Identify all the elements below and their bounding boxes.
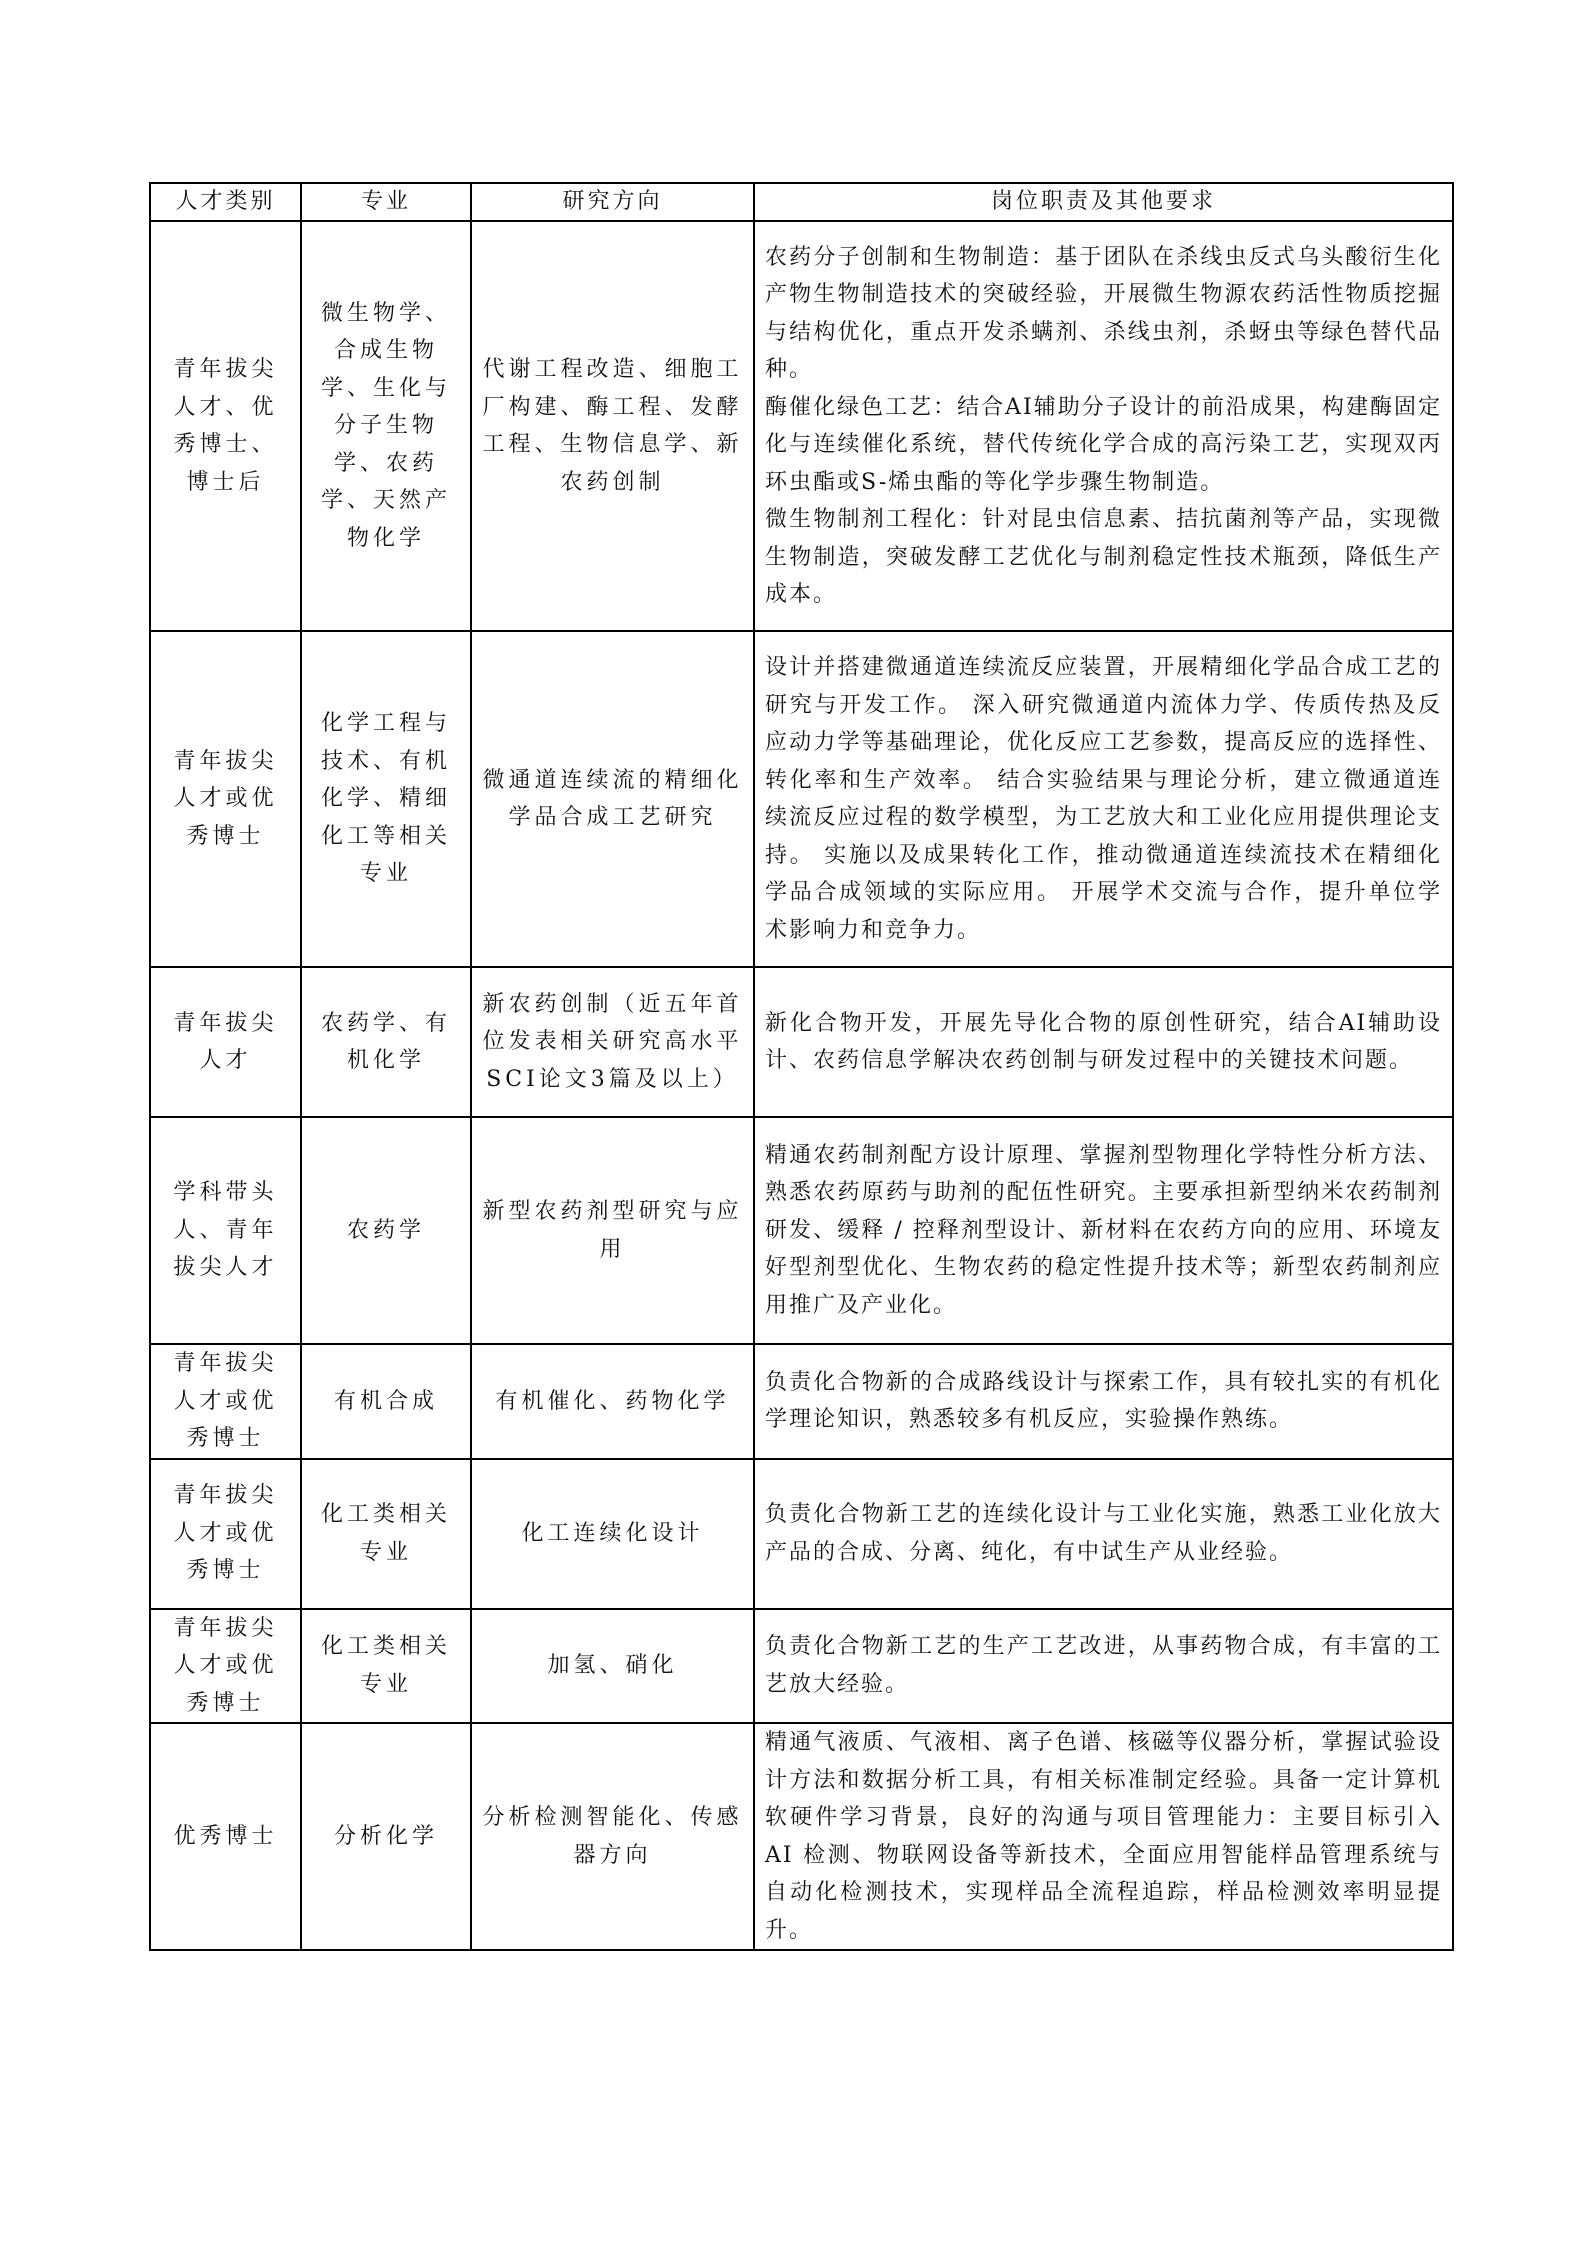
duty-paragraph: 酶催化绿色工艺：结合AI辅助分子设计的前沿成果，构建酶固定化与连续催化系统，替代… [765, 389, 1442, 502]
header-major: 专业 [301, 183, 471, 221]
cell-category: 青年拔尖人才或优秀博士 [150, 631, 301, 967]
cell-direction: 分析检测智能化、传感器方向 [471, 1723, 754, 1950]
duty-paragraph: 负责化合物新的合成路线设计与探索工作，具有较扎实的有机化学理论知识，熟悉较多有机… [765, 1364, 1442, 1439]
cell-major: 分析化学 [301, 1723, 471, 1950]
cell-direction: 化工连续化设计 [471, 1459, 754, 1609]
cell-duties: 农药分子创制和生物制造：基于团队在杀线虫反式乌头酸衍生化产物生物制造技术的突破经… [754, 221, 1453, 631]
cell-major: 化工类相关专业 [301, 1609, 471, 1724]
document-page: 人才类别 专业 研究方向 岗位职责及其他要求 青年拔尖人才、优秀博士、博士后 微… [0, 0, 1587, 2245]
cell-direction: 新型农药剂型研究与应用 [471, 1117, 754, 1344]
cell-category: 优秀博士 [150, 1723, 301, 1950]
cell-major: 微生物学、合成生物学、生化与分子生物学、农药学、天然产物化学 [301, 221, 471, 631]
duty-paragraph: 负责化合物新工艺的生产工艺改进，从事药物合成，有丰富的工艺放大经验。 [765, 1628, 1442, 1703]
cell-category: 青年拔尖人才或优秀博士 [150, 1344, 301, 1459]
duty-paragraph: 精通农药制剂配方设计原理、掌握剂型物理化学特性分析方法、熟悉农药原药与助剂的配伍… [765, 1137, 1442, 1325]
cell-category: 学科带头人、青年拔尖人才 [150, 1117, 301, 1344]
table-row: 青年拔尖人才或优秀博士 化工类相关专业 加氢、硝化 负责化合物新工艺的生产工艺改… [150, 1609, 1453, 1724]
duty-paragraph: 负责化合物新工艺的连续化设计与工业化实施，熟悉工业化放大产品的合成、分离、纯化，… [765, 1496, 1442, 1571]
duty-paragraph: 农药分子创制和生物制造：基于团队在杀线虫反式乌头酸衍生化产物生物制造技术的突破经… [765, 239, 1442, 389]
table-row: 青年拔尖人才或优秀博士 有机合成 有机催化、药物化学 负责化合物新的合成路线设计… [150, 1344, 1453, 1459]
recruitment-table: 人才类别 专业 研究方向 岗位职责及其他要求 青年拔尖人才、优秀博士、博士后 微… [149, 182, 1454, 1951]
cell-direction: 加氢、硝化 [471, 1609, 754, 1724]
cell-duties: 设计并搭建微通道连续流反应装置，开展精细化学品合成工艺的研究与开发工作。 深入研… [754, 631, 1453, 967]
cell-category: 青年拔尖人才 [150, 967, 301, 1117]
duty-paragraph: 设计并搭建微通道连续流反应装置，开展精细化学品合成工艺的研究与开发工作。 深入研… [765, 649, 1442, 949]
cell-duties: 精通气液质、气液相、离子色谱、核磁等仪器分析，掌握试验设计方法和数据分析工具，有… [754, 1723, 1453, 1950]
cell-direction: 微通道连续流的精细化学品合成工艺研究 [471, 631, 754, 967]
cell-direction: 新农药创制（近五年首位发表相关研究高水平SCI论文3篇及以上） [471, 967, 754, 1117]
cell-major: 化工类相关专业 [301, 1459, 471, 1609]
cell-major: 化学工程与技术、有机化学、精细化工等相关专业 [301, 631, 471, 967]
cell-duties: 精通农药制剂配方设计原理、掌握剂型物理化学特性分析方法、熟悉农药原药与助剂的配伍… [754, 1117, 1453, 1344]
header-duties: 岗位职责及其他要求 [754, 183, 1453, 221]
cell-duties: 负责化合物新工艺的生产工艺改进，从事药物合成，有丰富的工艺放大经验。 [754, 1609, 1453, 1724]
table-row: 青年拔尖人才或优秀博士 化学工程与技术、有机化学、精细化工等相关专业 微通道连续… [150, 631, 1453, 967]
table-row: 优秀博士 分析化学 分析检测智能化、传感器方向 精通气液质、气液相、离子色谱、核… [150, 1723, 1453, 1950]
duty-paragraph: 微生物制剂工程化：针对昆虫信息素、拮抗菌剂等产品，实现微生物制造，突破发酵工艺优… [765, 501, 1442, 614]
table-row: 学科带头人、青年拔尖人才 农药学 新型农药剂型研究与应用 精通农药制剂配方设计原… [150, 1117, 1453, 1344]
cell-category: 青年拔尖人才或优秀博士 [150, 1609, 301, 1724]
cell-category: 青年拔尖人才、优秀博士、博士后 [150, 221, 301, 631]
cell-category: 青年拔尖人才或优秀博士 [150, 1459, 301, 1609]
header-direction: 研究方向 [471, 183, 754, 221]
table-row: 青年拔尖人才、优秀博士、博士后 微生物学、合成生物学、生化与分子生物学、农药学、… [150, 221, 1453, 631]
table-row: 青年拔尖人才或优秀博士 化工类相关专业 化工连续化设计 负责化合物新工艺的连续化… [150, 1459, 1453, 1609]
table-row: 青年拔尖人才 农药学、有机化学 新农药创制（近五年首位发表相关研究高水平SCI论… [150, 967, 1453, 1117]
cell-major: 农药学 [301, 1117, 471, 1344]
cell-major: 农药学、有机化学 [301, 967, 471, 1117]
duty-paragraph: 精通气液质、气液相、离子色谱、核磁等仪器分析，掌握试验设计方法和数据分析工具，有… [765, 1724, 1442, 1949]
cell-direction: 代谢工程改造、细胞工厂构建、酶工程、发酵工程、生物信息学、新农药创制 [471, 221, 754, 631]
cell-duties: 负责化合物新工艺的连续化设计与工业化实施，熟悉工业化放大产品的合成、分离、纯化，… [754, 1459, 1453, 1609]
cell-duties: 负责化合物新的合成路线设计与探索工作，具有较扎实的有机化学理论知识，熟悉较多有机… [754, 1344, 1453, 1459]
cell-duties: 新化合物开发，开展先导化合物的原创性研究，结合AI辅助设计、农药信息学解决农药创… [754, 967, 1453, 1117]
cell-direction: 有机催化、药物化学 [471, 1344, 754, 1459]
header-category: 人才类别 [150, 183, 301, 221]
table-header-row: 人才类别 专业 研究方向 岗位职责及其他要求 [150, 183, 1453, 221]
duty-paragraph: 新化合物开发，开展先导化合物的原创性研究，结合AI辅助设计、农药信息学解决农药创… [765, 1005, 1442, 1080]
cell-major: 有机合成 [301, 1344, 471, 1459]
